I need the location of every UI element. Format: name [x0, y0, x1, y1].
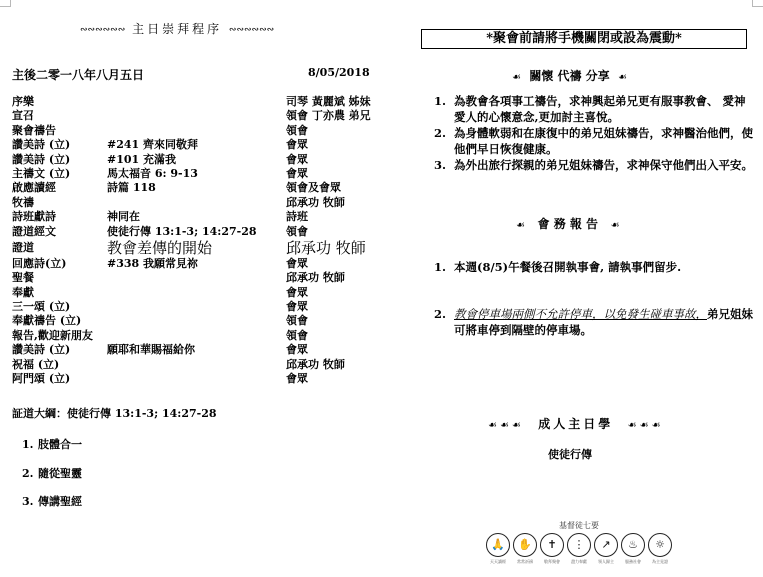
order-leader: 會眾 — [286, 343, 308, 357]
order-leader: 邱承功 牧師 — [286, 271, 345, 285]
essential-icon: ✋ — [513, 533, 537, 557]
order-content: 使徒行傳 13:1-3; 14:27-28 — [107, 225, 257, 239]
order-item: 序樂 — [12, 95, 34, 109]
title-text: 主日崇拜程序 — [132, 22, 222, 36]
order-leader: 領會 — [286, 314, 308, 328]
order-item: 三一頌 (立) — [12, 300, 70, 314]
essential-icon: ✝ — [540, 533, 564, 557]
order-leader: 領會及會眾 — [286, 181, 341, 195]
swirl-ornament-icon: ☙ — [516, 220, 525, 231]
essential-caption: 為主見證 — [648, 559, 672, 565]
order-item: 讚美詩 (立) — [12, 153, 70, 167]
order-row: 牧禱邱承功 牧師 — [12, 196, 392, 210]
parking-warning: 教會停車場兩側不允許停車，以免發生碰車事故， — [454, 307, 707, 321]
order-row: 讚美詩 (立)#241 齊來同敬拜會眾 — [12, 138, 392, 152]
order-content: #241 齊來同敬拜 — [107, 138, 198, 152]
order-item: 報告,歡迎新朋友 — [12, 329, 93, 343]
order-row: 奉獻禱告 (立)領會 — [12, 314, 392, 328]
worship-order-table: 序樂司琴 黃麗斌 姊妹宣召領會 丁亦農 弟兄聚會禱告領會讚美詩 (立)#241 … — [12, 95, 392, 386]
order-item: 詩班獻詩 — [12, 210, 56, 224]
order-item: 啟應讀經 — [12, 181, 56, 195]
prayer-item: 2.為身體軟弱和在康復中的弟兄姐妹禱告，求神醫治他們，使他們早日恢復健康。 — [434, 125, 754, 157]
announcement-list: 1.本週(8/5)午餐後召開執事會, 請執事們留步. — [434, 259, 754, 275]
order-content: 馬太福音 6: 9-13 — [107, 167, 198, 181]
page-corner-mark — [0, 0, 11, 7]
sermon-outline-title: 証道大綱：使徒行傳 13:1-3; 14:27-28 — [12, 405, 217, 421]
essential-icon: ☼ — [648, 533, 672, 557]
worship-order-title: ∾∾∾∾∾∾ 主日崇拜程序 ∾∾∾∾∾∾ — [80, 20, 274, 37]
order-leader: 會眾 — [286, 372, 308, 386]
order-row: 報告,歡迎新朋友領會 — [12, 329, 392, 343]
order-item: 祝福 (立) — [12, 358, 59, 372]
order-item: 證道 — [12, 239, 34, 257]
order-item: 奉獻 — [12, 286, 34, 300]
order-row: 啟應讀經詩篇 118領會及會眾 — [12, 181, 392, 195]
order-item: 牧禱 — [12, 196, 34, 210]
order-row: 聖餐邱承功 牧師 — [12, 271, 392, 285]
announcement-item: 1.本週(8/5)午餐後召開執事會, 請執事們留步. — [434, 259, 754, 275]
swirl-ornament-icon: ☙ — [611, 220, 620, 231]
order-row: 證道經文使徒行傳 13:1-3; 14:27-28領會 — [12, 225, 392, 239]
sunday-school-book: 使徒行傳 — [548, 446, 592, 462]
order-leader: 會眾 — [286, 138, 308, 152]
seven-essentials-logo: 基督徒七要 🙏✋✝⋮↗♨☼ 天天讀經常常祈禱敬拜聚會盡力奉獻領人歸主服務社會為主… — [486, 520, 672, 565]
essential-icon: ↗ — [594, 533, 618, 557]
order-item: 聚會禱告 — [12, 124, 56, 138]
order-content: 教會差傳的開始 — [107, 239, 212, 257]
essential-caption: 服務社會 — [621, 559, 645, 565]
essential-icon: ♨ — [621, 533, 645, 557]
sunday-school-heading: ☙☙☙ 成人主日學 ☙☙☙ — [488, 415, 664, 432]
order-leader: 領會 丁亦農 弟兄 — [286, 109, 371, 123]
logo-title: 基督徒七要 — [486, 520, 672, 531]
order-leader: 會眾 — [286, 167, 308, 181]
essential-caption: 領人歸主 — [594, 559, 618, 565]
order-item: 阿門頌 (立) — [12, 372, 70, 386]
order-row: 序樂司琴 黃麗斌 姊妹 — [12, 95, 392, 109]
announcements-heading: ☙ 會 務 報 告 ☙ — [516, 215, 620, 232]
date-numeric: 8/05/2018 — [308, 66, 370, 79]
order-row: 證道教會差傳的開始邱承功 牧師 — [12, 239, 392, 257]
date-chinese: 主後二零一八年八月五日 — [12, 66, 144, 83]
prayer-heading: ☙ 關懷 代禱 分享 ☙ — [512, 67, 627, 84]
essential-caption: 常常祈禱 — [513, 559, 537, 565]
order-leader: 會眾 — [286, 286, 308, 300]
order-row: 阿門頌 (立)會眾 — [12, 372, 392, 386]
order-leader: 領會 — [286, 329, 308, 343]
order-content: 願耶和華賜福給你 — [107, 343, 195, 357]
order-content: 神同在 — [107, 210, 140, 224]
order-item: 證道經文 — [12, 225, 56, 239]
order-item: 主禱文 (立) — [12, 167, 70, 181]
essential-caption: 敬拜聚會 — [540, 559, 564, 565]
order-leader: 領會 — [286, 124, 308, 138]
order-leader: 會眾 — [286, 153, 308, 167]
order-row: 回應詩(立)#338 我願常見祢會眾 — [12, 257, 392, 271]
outline-point: 3.傳講聖經 — [22, 493, 82, 509]
phone-notice-box: *聚會前請將手機關閉或設為震動* — [421, 29, 747, 49]
prayer-item: 1.為教會各項事工禱告，求神興起弟兄更有服事教會、 愛神愛人的心懷意念,更加討主… — [434, 93, 754, 125]
order-leader: 領會 — [286, 225, 308, 239]
order-leader: 邱承功 牧師 — [286, 358, 345, 372]
prayer-list: 1.為教會各項事工禱告，求神興起弟兄更有服事教會、 愛神愛人的心懷意念,更加討主… — [434, 93, 754, 173]
order-item: 聖餐 — [12, 271, 34, 285]
page-corner-mark — [752, 0, 763, 7]
order-item: 奉獻禱告 (立) — [12, 314, 81, 328]
swirl-ornament-icon: ☙☙☙ — [488, 420, 524, 431]
prayer-item: 3.為外出旅行探親的弟兄姐妹禱告，求神保守他們出入平安。 — [434, 157, 754, 173]
order-row: 詩班獻詩神同在詩班 — [12, 210, 392, 224]
order-row: 主禱文 (立)馬太福音 6: 9-13會眾 — [12, 167, 392, 181]
announcement-item: 2.教會停車場兩側不允許停車，以免發生碰車事故，弟兄姐妹可將車停到隔壁的停車場。 — [434, 306, 754, 338]
swirl-ornament-icon: ☙ — [512, 72, 521, 83]
essential-icon: 🙏 — [486, 533, 510, 557]
essential-icon: ⋮ — [567, 533, 591, 557]
essential-caption: 天天讀經 — [486, 559, 510, 565]
swirl-ornament-icon: ☙ — [618, 72, 627, 83]
announcement-list: 2.教會停車場兩側不允許停車，以免發生碰車事故，弟兄姐妹可將車停到隔壁的停車場。 — [434, 306, 754, 338]
order-row: 讚美詩 (立)#101 充滿我會眾 — [12, 153, 392, 167]
outline-point: 1.肢體合一 — [22, 436, 82, 452]
order-row: 三一頌 (立)會眾 — [12, 300, 392, 314]
order-leader: 會眾 — [286, 300, 308, 314]
order-leader: 司琴 黃麗斌 姊妹 — [286, 95, 371, 109]
swirl-ornament-icon: ☙☙☙ — [628, 420, 664, 431]
essential-caption: 盡力奉獻 — [567, 559, 591, 565]
order-content: 詩篇 118 — [107, 181, 156, 195]
wave-ornament-icon: ∾∾∾∾∾∾ — [229, 25, 274, 35]
order-content: #338 我願常見祢 — [107, 257, 198, 271]
order-leader: 邱承功 牧師 — [286, 239, 366, 257]
order-row: 祝福 (立)邱承功 牧師 — [12, 358, 392, 372]
order-leader: 會眾 — [286, 257, 308, 271]
order-leader: 邱承功 牧師 — [286, 196, 345, 210]
order-item: 宣召 — [12, 109, 34, 123]
order-row: 聚會禱告領會 — [12, 124, 392, 138]
order-row: 讚美詩 (立)願耶和華賜福給你會眾 — [12, 343, 392, 357]
order-content: #101 充滿我 — [107, 153, 176, 167]
wave-ornament-icon: ∾∾∾∾∾∾ — [80, 25, 125, 35]
order-row: 奉獻會眾 — [12, 286, 392, 300]
order-item: 回應詩(立) — [12, 257, 66, 271]
order-row: 宣召領會 丁亦農 弟兄 — [12, 109, 392, 123]
outline-point: 2.隨從聖靈 — [22, 465, 82, 481]
order-item: 讚美詩 (立) — [12, 138, 70, 152]
order-item: 讚美詩 (立) — [12, 343, 70, 357]
order-leader: 詩班 — [286, 210, 308, 224]
